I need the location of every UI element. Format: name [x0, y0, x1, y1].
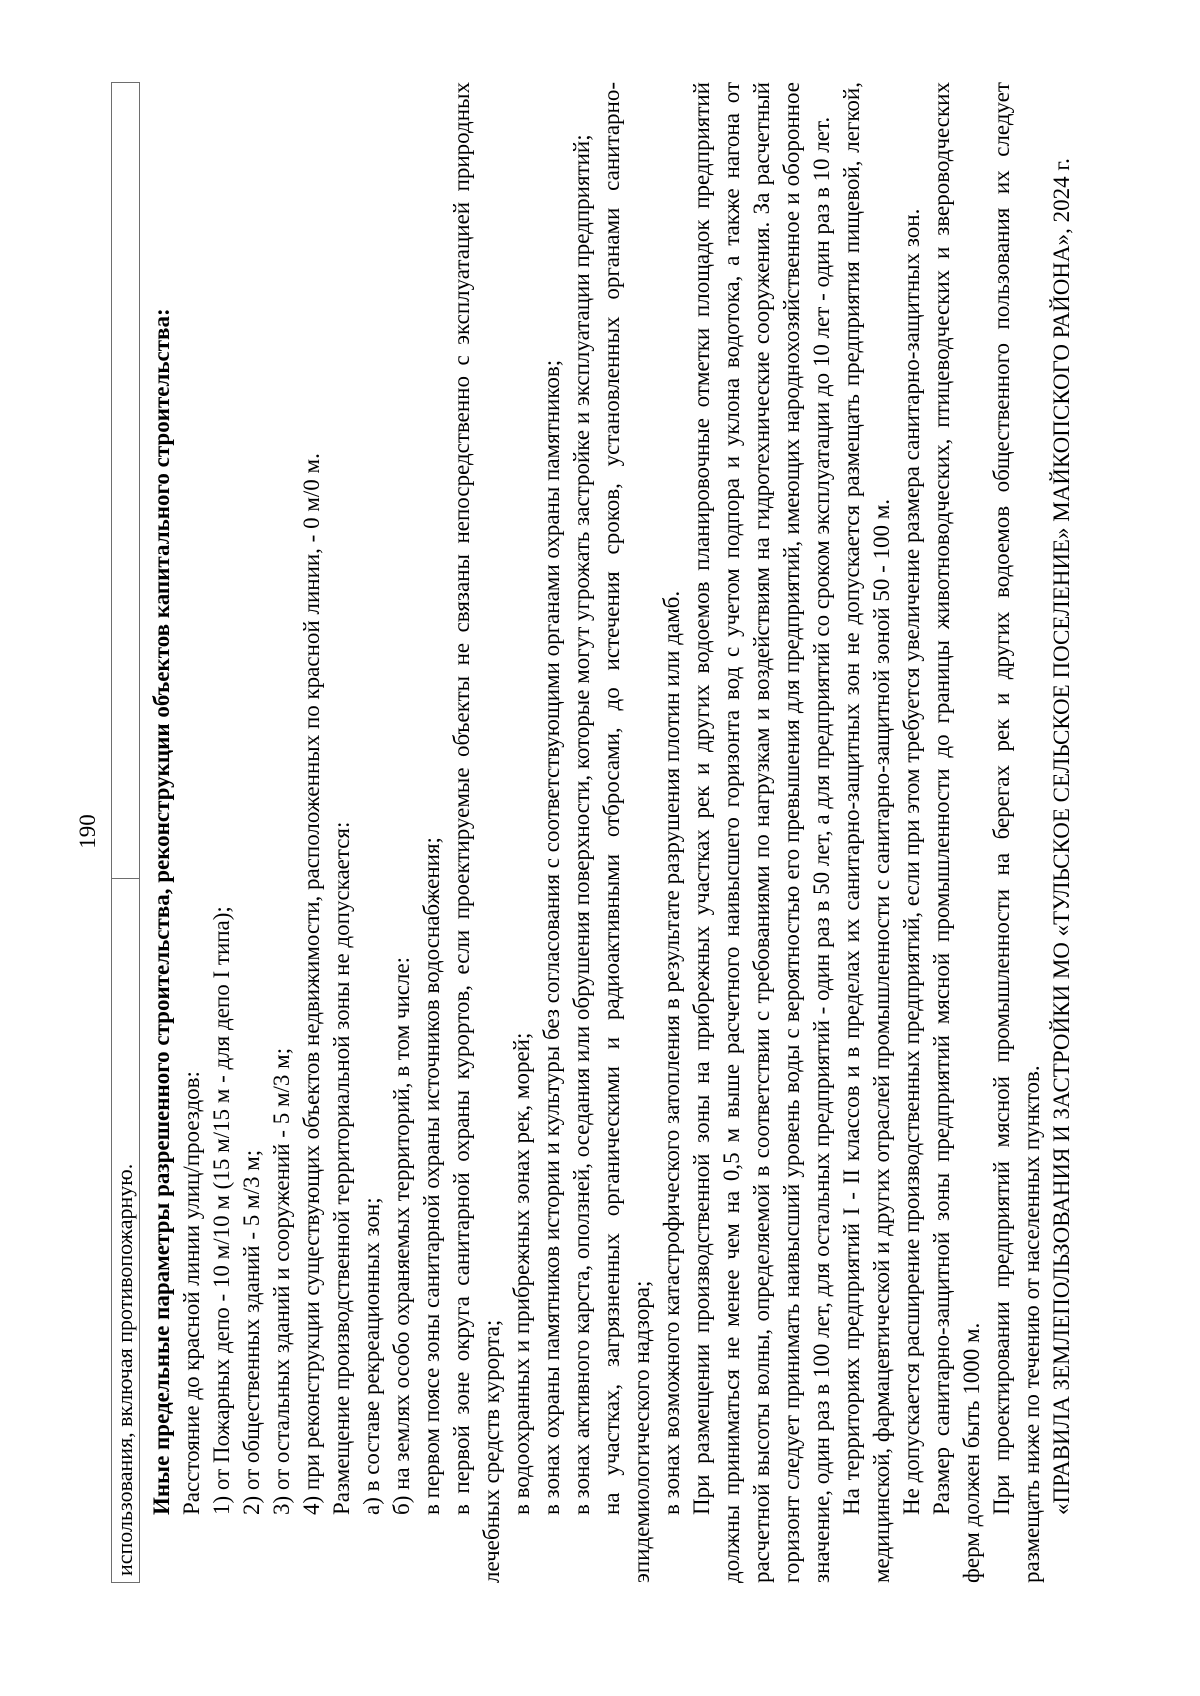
- paragraph: на участках, загрязненных органическими …: [597, 82, 657, 1583]
- page-number: 190: [74, 80, 102, 1583]
- paragraph: а) в составе рекреационных зон;: [357, 82, 387, 1583]
- paragraph: Размещение производственной территориаль…: [327, 82, 357, 1583]
- paragraph: Расстояние до красной линии улиц/проездо…: [177, 82, 207, 1583]
- paragraph: б) на землях особо охраняемых территорий…: [387, 82, 417, 1583]
- paragraph: «ПРАВИЛА ЗЕМЛЕПОЛЬЗОВАНИЯ И ЗАСТРОЙКИ МО…: [1047, 82, 1077, 1583]
- paragraph: 1) от Пожарных депо - 10 м/10 м (15 м/15…: [207, 82, 237, 1583]
- continuation-table-row: использования, включая противопожарную.: [111, 82, 140, 1583]
- table-cell-empty: [112, 83, 139, 878]
- paragraph: в первой зоне округа санитарной охраны к…: [447, 82, 507, 1583]
- paragraph: 2) от общественных зданий - 5 м/3 м;: [237, 82, 267, 1583]
- section-heading: Иные предельные параметры разрешенного с…: [147, 82, 177, 1583]
- scanned-document-page: { "page": { "number": "190" }, "table": …: [0, 0, 1200, 1696]
- paragraph: в водоохранных и прибрежных зонах рек, м…: [507, 82, 537, 1583]
- paragraph: 4) при реконструкции существующих объект…: [297, 82, 327, 1583]
- paragraph: Размер санитарно-защитной зоны предприят…: [927, 82, 987, 1583]
- paragraph: При проектировании предприятий мясной пр…: [987, 82, 1047, 1583]
- rotated-page-content: 190 использования, включая противопожарн…: [74, 80, 1149, 1583]
- paragraph: в первом поясе зоны санитарной охраны ис…: [417, 82, 447, 1583]
- paragraph: 3) от остальных зданий и сооружений - 5 …: [267, 82, 297, 1583]
- paragraph: На территориях предприятий I - II классо…: [837, 82, 897, 1583]
- table-cell-usage-text: использования, включая противопожарную.: [112, 878, 139, 1582]
- paragraph: При размещении производственной зоны на …: [687, 82, 837, 1583]
- paragraph: Не допускается расширение производственн…: [897, 82, 927, 1583]
- paragraph: в зонах возможного катастрофического зат…: [657, 82, 687, 1583]
- document-body: Иные предельные параметры разрешенного с…: [147, 82, 1077, 1583]
- paragraph: в зонах активного карста, оползней, осед…: [567, 82, 597, 1583]
- paragraph: в зонах охраны памятников истории и куль…: [537, 82, 567, 1583]
